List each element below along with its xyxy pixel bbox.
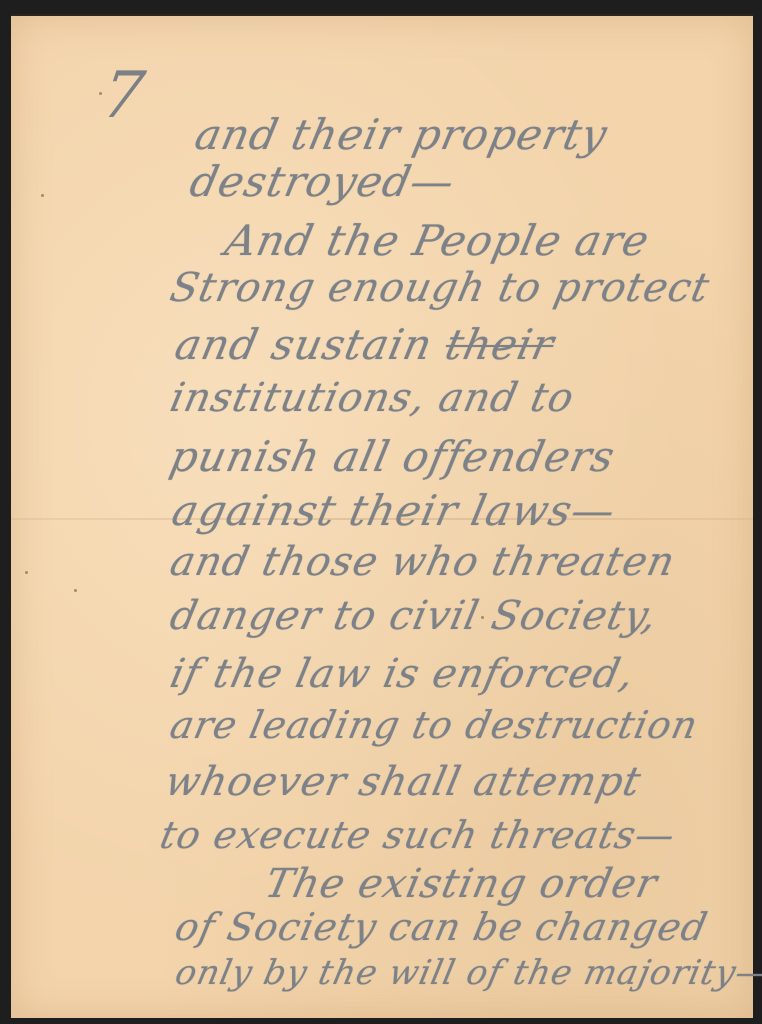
handwritten-text-block: and their property destroyed— And the Pe… — [11, 16, 753, 1018]
scan-background: 7 and their property destroyed— And the … — [0, 0, 762, 1024]
text-line: only by the will of the majority— — [172, 956, 762, 990]
text-line: The existing order — [262, 864, 661, 904]
text-line: whoever shall attempt — [162, 762, 645, 802]
struck-through-word: their — [441, 320, 559, 369]
manuscript-page: 7 and their property destroyed— And the … — [11, 14, 753, 1018]
text-line: destroyed— — [187, 161, 459, 203]
text-line: and sustain their — [172, 324, 558, 366]
text-line: if the law is enforced, — [167, 654, 639, 694]
text-line: and their property — [192, 114, 612, 156]
text-segment: and sustain — [171, 320, 452, 369]
text-line: danger to civil Society, — [167, 596, 661, 636]
text-line: and those who threaten — [167, 542, 679, 582]
text-line: are leading to destruction — [167, 706, 702, 744]
text-line: of Society can be changed — [172, 908, 711, 946]
text-line: to execute such threats— — [157, 816, 679, 854]
text-line: against their laws— — [169, 490, 620, 532]
text-line: Strong enough to protect — [167, 268, 714, 308]
text-line: institutions, and to — [167, 378, 578, 418]
text-line: punish all offenders — [167, 436, 619, 478]
text-line: And the People are — [222, 220, 654, 262]
